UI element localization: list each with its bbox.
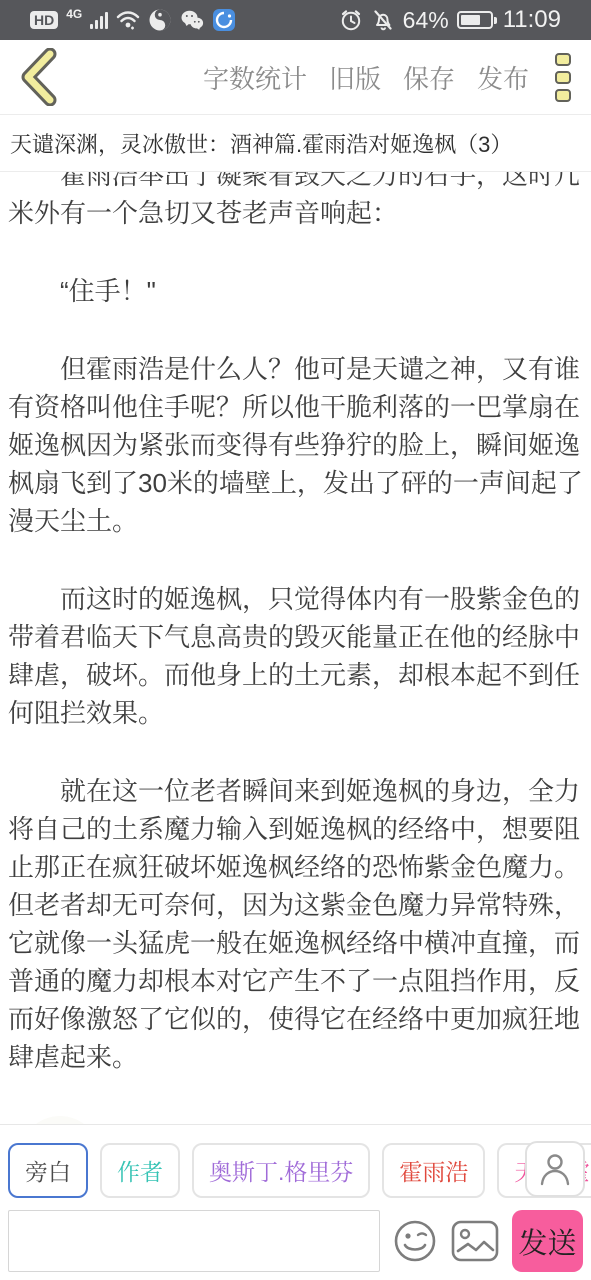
status-right: 64% 11:09: [339, 6, 561, 34]
composer-footer: 旁白 作者 奥斯丁.格里芬 霍雨浩 天谴.霍: [0, 1124, 591, 1280]
author-avatar[interactable]: [20, 1116, 100, 1124]
paragraph: “住手！": [8, 272, 583, 310]
back-button[interactable]: [14, 48, 70, 106]
chapter-title: 天谴深渊，灵冰傲世：酒神篇.霍雨浩对姬逸枫（3）: [10, 128, 512, 159]
status-bar: HD 4G: [0, 0, 591, 40]
battery-percent: 64%: [403, 7, 449, 34]
old-version-button[interactable]: 旧版: [329, 59, 381, 96]
role-tag-character-2[interactable]: 霍雨浩: [382, 1143, 485, 1198]
overflow-menu-icon[interactable]: [549, 49, 577, 106]
hd-badge: HD: [30, 11, 58, 29]
story-text: 霍雨浩举出了凝聚着毁天之力的右手，这时几米外有一个急切又苍老声音响起： “住手！…: [8, 172, 583, 1076]
app-header: 字数统计 旧版 保存 发布: [0, 40, 591, 115]
role-tag-author[interactable]: 作者: [100, 1143, 180, 1198]
mute-bell-icon: [371, 8, 395, 32]
role-tag-narrator[interactable]: 旁白: [8, 1143, 88, 1198]
send-button[interactable]: 发送: [512, 1210, 583, 1272]
chapter-content[interactable]: 霍雨浩举出了凝聚着毁天之力的右手，这时几米外有一个急切又苍老声音响起： “住手！…: [0, 172, 591, 1124]
publish-button[interactable]: 发布: [477, 59, 529, 96]
character-manager-button[interactable]: [525, 1141, 585, 1197]
app-screen: HD 4G: [0, 0, 591, 1280]
wifi-icon: [116, 8, 140, 32]
image-attach-button[interactable]: [450, 1219, 500, 1263]
person-icon: [538, 1151, 572, 1187]
wechat-app-icon: [180, 8, 204, 32]
signal-strength-icon: [90, 11, 108, 29]
author-block: 作者 1382字: [20, 1116, 571, 1124]
paragraph: 但霍雨浩是什么人？他可是天谴之神，又有谁有资格叫他住手呢？所以他干脆利落的一巴掌…: [8, 350, 583, 540]
emoji-wink-icon: [392, 1218, 438, 1264]
paragraph: 就在这一位老者瞬间来到姬逸枫的身边，全力将自己的土系魔力输入到姬逸枫的经络中，想…: [8, 772, 583, 1076]
image-icon: [450, 1219, 500, 1263]
status-left: HD 4G: [30, 8, 236, 32]
paragraph: 霍雨浩举出了凝聚着毁天之力的右手，这时几米外有一个急切又苍老声音响起：: [8, 172, 583, 232]
paragraph: 而这时的姬逸枫，只觉得体内有一股紫金色的带着君临天下气息高贵的毁灭能量正在他的经…: [8, 580, 583, 732]
network-type-label: 4G: [66, 7, 82, 21]
clock-time: 11:09: [503, 6, 561, 34]
battery-icon: [457, 11, 493, 29]
message-input-row: 发送: [0, 1208, 591, 1280]
role-tags-row: 旁白 作者 奥斯丁.格里芬 霍雨浩 天谴.霍: [0, 1139, 591, 1208]
author-col: 作者 1382字: [108, 1116, 240, 1124]
role-tag-character-1[interactable]: 奥斯丁.格里芬: [192, 1143, 370, 1198]
browser-app-icon: [148, 8, 172, 32]
alarm-icon: [339, 8, 363, 32]
save-button[interactable]: 保存: [403, 59, 455, 96]
title-bar: 天谴深渊，灵冰傲世：酒神篇.霍雨浩对姬逸枫（3）: [0, 115, 591, 172]
blue-app-icon: [212, 8, 236, 32]
emoji-button[interactable]: [392, 1218, 438, 1264]
header-actions: 字数统计 旧版 保存 发布: [203, 59, 529, 96]
word-count-button[interactable]: 字数统计: [203, 59, 307, 96]
message-input[interactable]: [8, 1210, 380, 1272]
chevron-left-icon: [14, 48, 64, 106]
